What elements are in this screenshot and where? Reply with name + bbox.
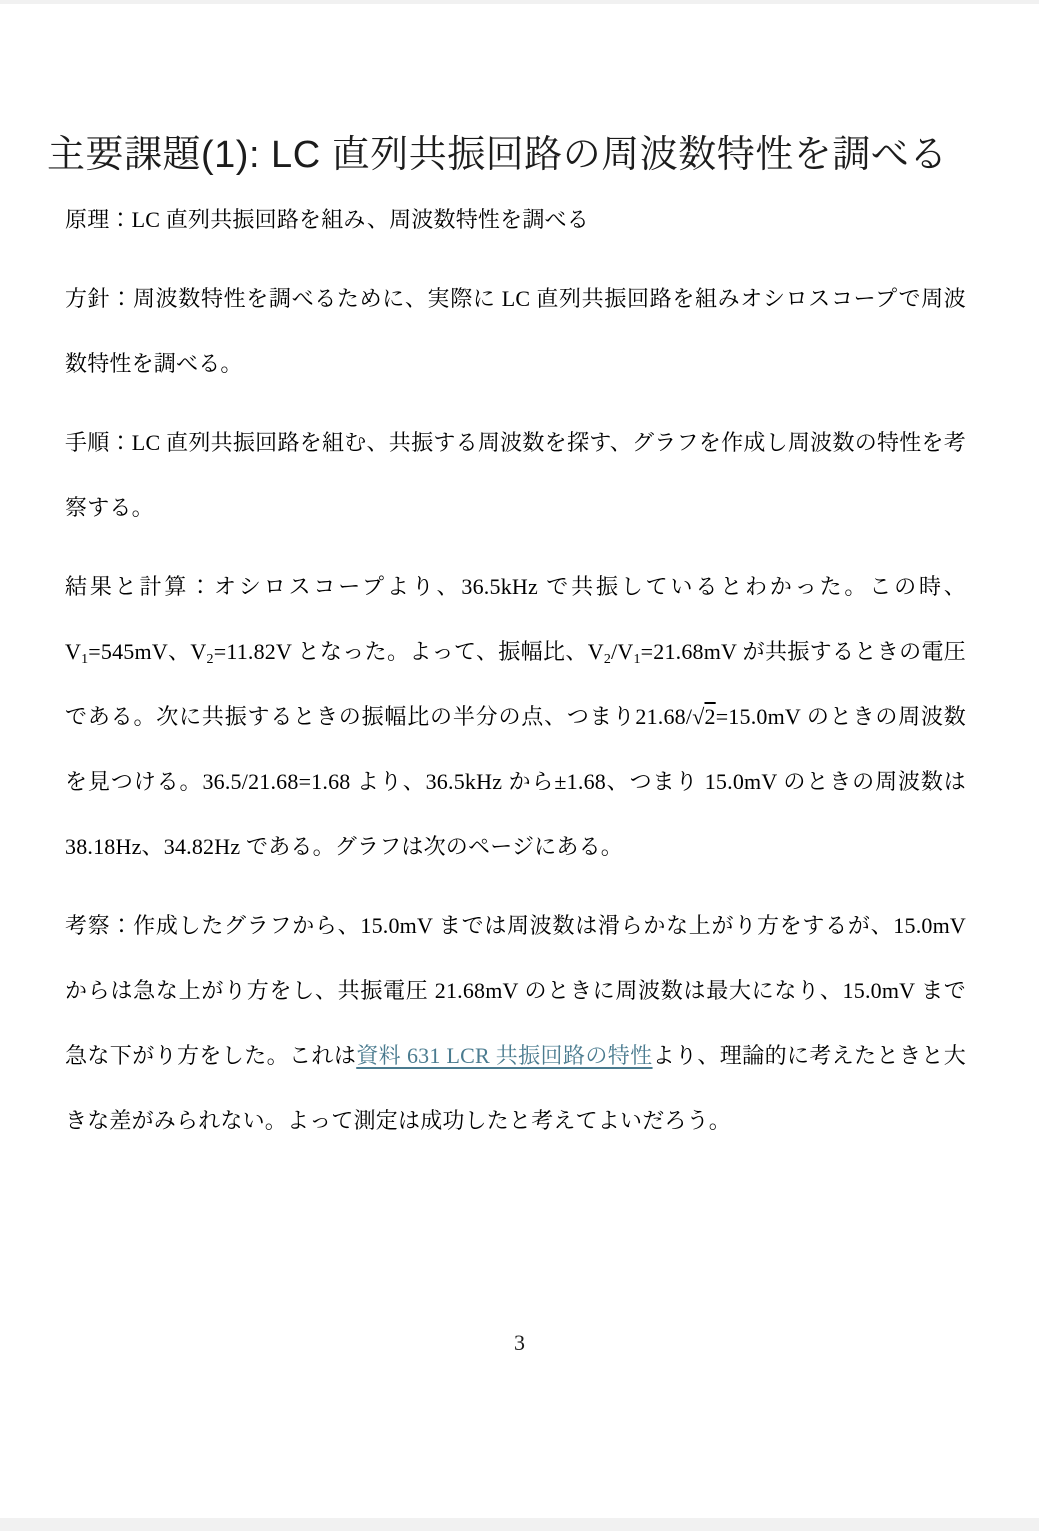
text-run: 手順：LC 直列共振回路を組む、共振する周波数を探す、グラフを作成し周波数の特性… bbox=[65, 430, 966, 520]
text-run: =545mV、V bbox=[88, 639, 206, 664]
paragraph-policy: 方針：周波数特性を調べるために、実際に LC 直列共振回路を組みオシロスコープで… bbox=[65, 266, 966, 396]
document-page: 主要課題(1): LC 直列共振回路の周波数特性を調べる 原理：LC 直列共振回… bbox=[0, 0, 1039, 1531]
text-run: 原理：LC 直列共振回路を組み、周波数特性を調べる bbox=[65, 207, 589, 232]
text-run: 方針：周波数特性を調べるために、実際に LC 直列共振回路を組みオシロスコープで… bbox=[65, 286, 966, 376]
page-gutter-top bbox=[0, 0, 1039, 4]
subscript: 1 bbox=[633, 652, 640, 667]
paragraph-principle: 原理：LC 直列共振回路を組み、周波数特性を調べる bbox=[65, 187, 966, 252]
page-number: 3 bbox=[0, 1330, 1039, 1356]
page-gutter-bottom bbox=[0, 1518, 1039, 1531]
text-run: /V bbox=[611, 639, 633, 664]
paragraph-procedure: 手順：LC 直列共振回路を組む、共振する周波数を探す、グラフを作成し周波数の特性… bbox=[65, 410, 966, 540]
text-run: =11.82V となった。よって、振幅比、V bbox=[214, 639, 604, 664]
paragraph-discussion: 考察：作成したグラフから、15.0mV までは周波数は滑らかな上がり方をするが、… bbox=[65, 893, 966, 1153]
page-title: 主要課題(1): LC 直列共振回路の周波数特性を調べる bbox=[47, 123, 997, 178]
document-paragraphs: 原理：LC 直列共振回路を組み、周波数特性を調べる方針：周波数特性を調べるために… bbox=[65, 187, 966, 1167]
sqrt-argument: 2 bbox=[704, 704, 715, 729]
paragraph-results-and-calculation: 結果と計算：オシロスコープより、36.5kHz で共振しているとわかった。この時… bbox=[65, 554, 966, 879]
subscript: 2 bbox=[604, 652, 611, 667]
subscript: 2 bbox=[207, 652, 214, 667]
reference-link[interactable]: 資料 631 LCR 共振回路の特性 bbox=[356, 1043, 652, 1068]
